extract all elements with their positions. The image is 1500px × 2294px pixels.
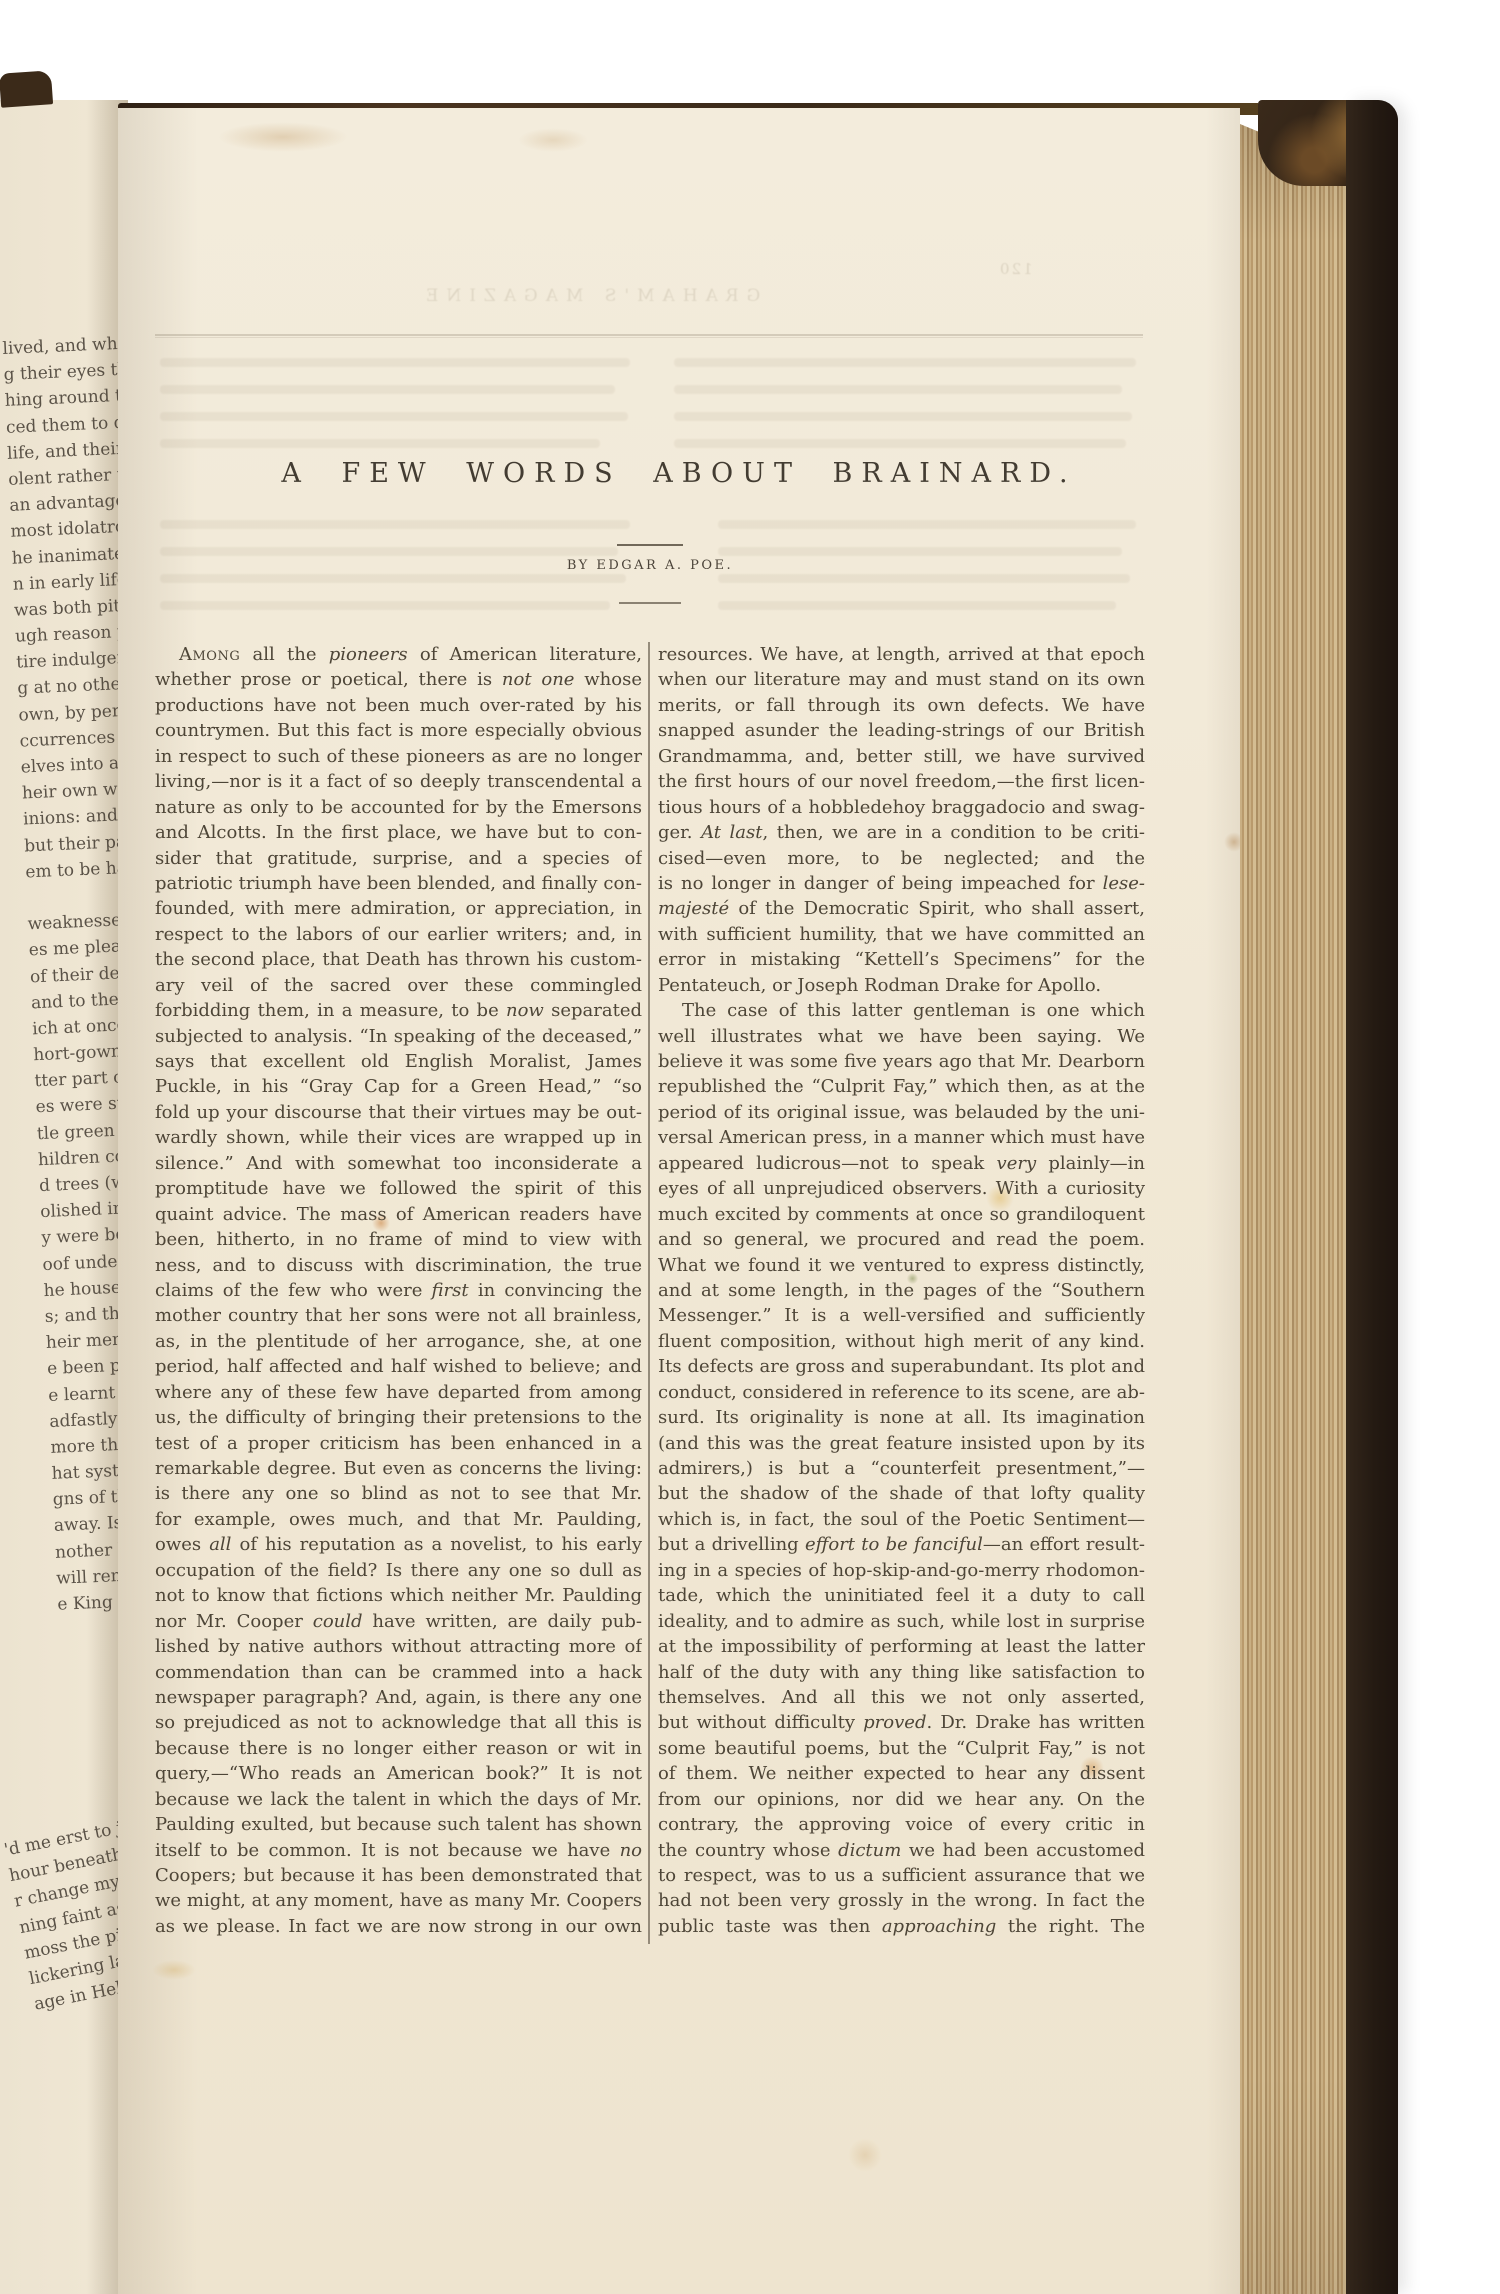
text-line: surd. Its originality is none at all. It… xyxy=(658,1405,1145,1430)
text-line: because there is no longer either reason… xyxy=(155,1736,642,1761)
text-line: whether prose or poetical, there is not … xyxy=(155,667,642,692)
text-line: Coopers; but because it has been demonst… xyxy=(155,1863,642,1888)
text-line: eyes of all unprejudiced observers. With… xyxy=(658,1176,1145,1201)
text-line: is there any one so blind as not to see … xyxy=(155,1481,642,1506)
text-line: period, half affected and half wished to… xyxy=(155,1354,642,1379)
text-line: remarkable degree. But even as concerns … xyxy=(155,1456,642,1481)
text-line: the first hours of our novel freedom,—th… xyxy=(658,769,1145,794)
text-line: Its defects are gross and superabundant.… xyxy=(658,1354,1145,1379)
text-line: Among all the pioneers of American liter… xyxy=(155,642,642,667)
text-line: some beautiful poems, but the “Culprit F… xyxy=(658,1736,1145,1761)
previous-page-edge: lived, and where if tg their eyes they m… xyxy=(0,100,128,2294)
show-through-line xyxy=(160,601,610,610)
text-column-left: Among all the pioneers of American liter… xyxy=(155,642,642,1939)
text-line: mother country that her sons were not al… xyxy=(155,1303,642,1328)
text-line: us, the difficulty of bringing their pre… xyxy=(155,1405,642,1430)
show-through-line xyxy=(674,358,1136,367)
text-line: founded, with mere admiration, or apprec… xyxy=(155,896,642,921)
text-line: the country whose dictum we had been acc… xyxy=(658,1838,1145,1863)
text-line: subjected to analysis. “In speaking of t… xyxy=(155,1024,642,1049)
text-line: living,—nor is it a fact of so deeply tr… xyxy=(155,769,642,794)
text-line: been, hitherto, in no frame of mind to v… xyxy=(155,1227,642,1252)
text-line: query,—“Who reads an American book?” It … xyxy=(155,1761,642,1786)
text-line: ary veil of the sacred over these commin… xyxy=(155,973,642,998)
page-edge-shading xyxy=(1206,108,1240,2294)
text-line: tade, which the uninitiated feel it a du… xyxy=(658,1583,1145,1608)
text-line: ideality, and to admire as such, while l… xyxy=(658,1609,1145,1634)
text-line: and so general, we procured and read the… xyxy=(658,1227,1145,1252)
show-through-line xyxy=(674,385,1122,394)
text-line: republished the “Culprit Fay,” which the… xyxy=(658,1074,1145,1099)
text-line: which is, in fact, the soul of the Poeti… xyxy=(658,1507,1145,1532)
text-line: claims of the few who were first in conv… xyxy=(155,1278,642,1303)
text-line: snapped asunder the leading-strings of o… xyxy=(658,718,1145,743)
text-line: we might, at any moment, have as many Mr… xyxy=(155,1888,642,1913)
text-line: says that excellent old English Moralist… xyxy=(155,1049,642,1074)
text-line: as we please. In fact we are now strong … xyxy=(155,1914,642,1939)
text-line: quaint advice. The mass of American read… xyxy=(155,1202,642,1227)
text-line: of them. We neither expected to hear any… xyxy=(658,1761,1145,1786)
show-through-line xyxy=(160,520,630,529)
text-line: owes all of his reputation as a novelist… xyxy=(155,1532,642,1557)
text-line: Pentateuch, or Joseph Rodman Drake for A… xyxy=(658,973,1145,998)
text-line: newspaper paragraph? And, again, is ther… xyxy=(155,1685,642,1710)
text-line: for example, owes much, and that Mr. Pau… xyxy=(155,1507,642,1532)
text-line: not to know that fictions which neither … xyxy=(155,1583,642,1608)
text-line: fold up your discourse that their virtue… xyxy=(155,1100,642,1125)
text-line: What we found it we ventured to express … xyxy=(658,1253,1145,1278)
text-line: sider that gratitude, surprise, and a sp… xyxy=(155,846,642,871)
book-page: 120 GRAHAM'S MAGAZINE A FEW WORDS ABOUT … xyxy=(118,108,1240,2294)
text-line: from our opinions, nor did we hear any. … xyxy=(658,1787,1145,1812)
text-line: itself to be common. It is not because w… xyxy=(155,1838,642,1863)
text-line: half of the duty with any thing like sat… xyxy=(658,1660,1145,1685)
text-line: majesté of the Democratic Spirit, who sh… xyxy=(658,896,1145,921)
text-line: believe it was some five years ago that … xyxy=(658,1049,1145,1074)
article-title: A FEW WORDS ABOUT BRAINARD. xyxy=(118,458,1240,489)
text-line: error in mistaking “Kettell’s Specimens”… xyxy=(658,947,1145,972)
text-line: because we lack the talent in which the … xyxy=(155,1787,642,1812)
text-line: had not been very grossly in the wrong. … xyxy=(658,1888,1145,1913)
show-through-line xyxy=(718,520,1136,529)
book-cover xyxy=(1346,100,1398,2294)
text-line: is no longer in danger of being impeache… xyxy=(658,871,1145,896)
text-line: when our literature may and must stand o… xyxy=(658,667,1145,692)
text-line: period of its original issue, was belaud… xyxy=(658,1100,1145,1125)
text-line: versal American press, in a manner which… xyxy=(658,1125,1145,1150)
text-line: to respect, was to us a sufficient assur… xyxy=(658,1863,1145,1888)
text-line: countrymen. But this fact is more especi… xyxy=(155,718,642,743)
text-line: promptitude have we followed the spirit … xyxy=(155,1176,642,1201)
text-line: so prejudiced as not to acknowledge that… xyxy=(155,1710,642,1735)
text-line: nor Mr. Cooper could have written, are d… xyxy=(155,1609,642,1634)
foxing-spot xyxy=(152,1960,196,1980)
text-line: lished by native authors without attract… xyxy=(155,1634,642,1659)
show-through-header: GRAHAM'S MAGAZINE xyxy=(418,286,760,306)
show-through-line xyxy=(160,574,626,583)
text-line: and Alcotts. In the first place, we have… xyxy=(155,820,642,845)
text-line: tious hours of a hobbledehoy braggadocio… xyxy=(658,795,1145,820)
text-line: admirers,) is but a “counterfeit present… xyxy=(658,1456,1145,1481)
column-divider xyxy=(648,642,650,1944)
show-through-rule xyxy=(155,334,1143,336)
show-through-line xyxy=(718,574,1130,583)
show-through-line xyxy=(718,601,1116,610)
text-line: and at some length, in the pages of the … xyxy=(658,1278,1145,1303)
binding-corner xyxy=(0,70,53,108)
text-line: fluent composition, without high merit o… xyxy=(658,1329,1145,1354)
text-line: ness, and to discuss with discrimination… xyxy=(155,1253,642,1278)
text-line: with sufficient humility, that we have c… xyxy=(658,922,1145,947)
text-line: silence.” And with somewhat too inconsid… xyxy=(155,1151,642,1176)
text-line: Grandmamma, and, better still, we have s… xyxy=(658,744,1145,769)
text-line: forbidding them, in a measure, to be now… xyxy=(155,998,642,1023)
show-through-line xyxy=(160,385,615,394)
show-through-line xyxy=(674,439,1126,448)
text-line: resources. We have, at length, arrived a… xyxy=(658,642,1145,667)
text-line: patriotic triumph have been blended, and… xyxy=(155,871,642,896)
text-line: but the shadow of the shade of that loft… xyxy=(658,1481,1145,1506)
show-through-line xyxy=(160,358,630,367)
show-through-line xyxy=(160,439,600,448)
text-line: commendation than can be crammed into a … xyxy=(155,1660,642,1685)
show-through-line xyxy=(674,412,1132,421)
show-through-line xyxy=(160,547,618,556)
text-line: ing in a species of hop-skip-and-go-merr… xyxy=(658,1558,1145,1583)
text-line: cised—even more, to be neglected; and th… xyxy=(658,846,1145,871)
text-line: occupation of the field? Is there any on… xyxy=(155,1558,642,1583)
show-through-line xyxy=(718,547,1122,556)
text-line: test of a proper criticism has been enha… xyxy=(155,1431,642,1456)
foxing-spot xyxy=(518,128,588,152)
text-line: conduct, considered in reference to its … xyxy=(658,1380,1145,1405)
page-fore-edge xyxy=(1240,110,1346,2294)
text-line: The case of this latter gentleman is one… xyxy=(658,998,1145,1023)
text-line: (and this was the great feature insisted… xyxy=(658,1431,1145,1456)
show-through-line xyxy=(160,412,628,421)
foxing-spot xyxy=(848,2138,882,2172)
text-line: wardly shown, while their vices are wrap… xyxy=(155,1125,642,1150)
text-line: themselves. And all this we not only ass… xyxy=(658,1685,1145,1710)
foxing-spot xyxy=(1224,832,1240,852)
byline-rule-top xyxy=(617,544,683,546)
text-line: ger. At last, then, we are in a conditio… xyxy=(658,820,1145,845)
text-line: Messenger.” It is a well-versified and s… xyxy=(658,1303,1145,1328)
show-through-page-number: 120 xyxy=(998,260,1033,278)
text-line: but without difficulty proved. Dr. Drake… xyxy=(658,1710,1145,1735)
text-line: but a drivelling effort to be fanciful—a… xyxy=(658,1532,1145,1557)
text-line: Paulding exulted, but because such talen… xyxy=(155,1812,642,1837)
foxing-spot xyxy=(218,122,348,152)
article-byline: BY EDGAR A. POE. xyxy=(118,558,1182,573)
text-line: where any of these few have departed fro… xyxy=(155,1380,642,1405)
text-column-right: resources. We have, at length, arrived a… xyxy=(658,642,1145,1939)
text-line: in respect to such of these pioneers as … xyxy=(155,744,642,769)
text-line: the second place, that Death has thrown … xyxy=(155,947,642,972)
text-line: much excited by comments at once so gran… xyxy=(658,1202,1145,1227)
byline-rule-bottom xyxy=(619,602,681,604)
text-line: contrary, the approving voice of every c… xyxy=(658,1812,1145,1837)
text-line: appeared ludicrous—not to speak very pla… xyxy=(658,1151,1145,1176)
text-line: nature as only to be accounted for by th… xyxy=(155,795,642,820)
text-line: at the impossibility of performing at le… xyxy=(658,1634,1145,1659)
book-photo: lived, and where if tg their eyes they m… xyxy=(0,0,1500,2294)
text-line: well illustrates what we have been sayin… xyxy=(658,1024,1145,1049)
text-line: public taste was then approaching the ri… xyxy=(658,1914,1145,1939)
text-line: as, in the plentitude of her arrogance, … xyxy=(155,1329,642,1354)
text-line: Puckle, in his “Gray Cap for a Green Hea… xyxy=(155,1074,642,1099)
text-line: merits, or fall through its own defects.… xyxy=(658,693,1145,718)
text-line: productions have not been much over-rate… xyxy=(155,693,642,718)
text-line: respect to the labors of our earlier wri… xyxy=(155,922,642,947)
